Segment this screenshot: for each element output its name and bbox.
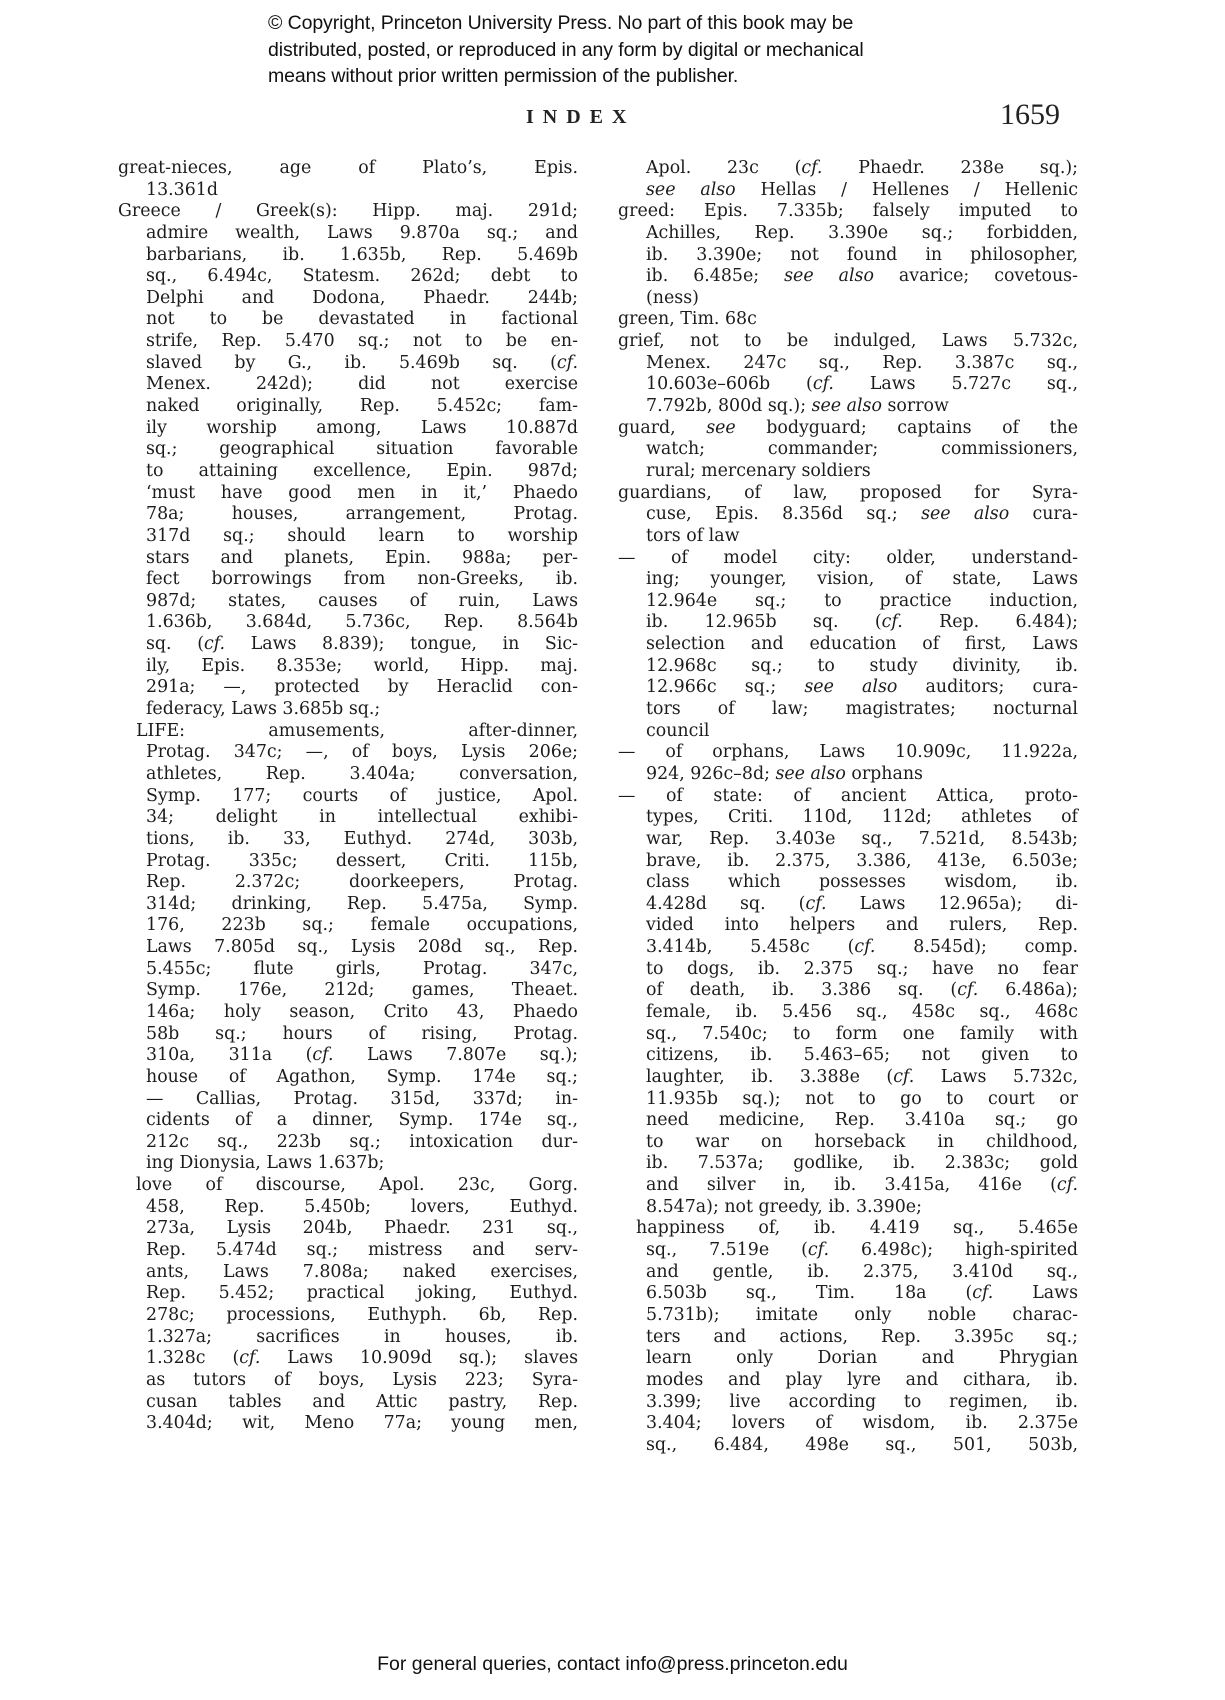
index-entry-line: to war on horseback in childhood, — [618, 1132, 1078, 1154]
index-entry-line: 212c sq., 223b sq.; intoxication dur- — [118, 1132, 578, 1154]
index-column-left: great-nieces, age of Plato’s, Epis.13.36… — [118, 158, 578, 1435]
index-entry-line: brave, ib. 2.375, 3.386, 413e, 6.503e; — [618, 851, 1078, 873]
index-entry-line: war, Rep. 3.403e sq., 7.521d, 8.543b; — [618, 829, 1078, 851]
index-entry-line: tors of law; magistrates; nocturnal — [618, 699, 1078, 721]
index-entry-line: 146a; holy season, Crito 43, Phaedo — [118, 1002, 578, 1024]
index-entry-line: slaved by G., ib. 5.469b sq. (cf. — [118, 353, 578, 375]
index-entry-line: ants, Laws 7.808a; naked exercises, — [118, 1262, 578, 1284]
index-entry-line: admire wealth, Laws 9.870a sq.; and — [118, 223, 578, 245]
index-entry-heading-line: — of state: of ancient Attica, proto- — [618, 786, 1078, 808]
index-entry-line: cusan tables and Attic pastry, Rep. — [118, 1392, 578, 1414]
index-entry-line: 12.968c sq.; to study divinity, ib. — [618, 656, 1078, 678]
copyright-line: means without prior written permission o… — [268, 63, 988, 90]
index-entry-line: ib. 7.537a; godlike, ib. 2.383c; gold — [618, 1153, 1078, 1175]
index-entry-line: 12.964e sq.; to practice induction, — [618, 591, 1078, 613]
index-entry-line: 273a, Lysis 204b, Phaedr. 231 sq., — [118, 1218, 578, 1240]
index-entry-line: citizens, ib. 5.463–65; not given to — [618, 1045, 1078, 1067]
index-entry-line: class which possesses wisdom, ib. — [618, 872, 1078, 894]
index-entry-line: tors of law — [618, 526, 1078, 548]
index-entry-line: female, ib. 5.456 sq., 458c sq., 468c — [618, 1002, 1078, 1024]
index-entry-line: ib. 12.965b sq. (cf. Rep. 6.484); — [618, 612, 1078, 634]
index-entry-line: ters and actions, Rep. 3.395c sq.; — [618, 1327, 1078, 1349]
index-entry-line: 924, 926c–8d; see also orphans — [618, 764, 1078, 786]
index-entry-line: sq., 7.519e (cf. 6.498c); high-spirited — [618, 1240, 1078, 1262]
copyright-line: distributed, posted, or reproduced in an… — [268, 37, 988, 64]
index-entry-line: sq., 6.494c, Statesm. 262d; debt to — [118, 266, 578, 288]
index-entry-line: sq.; geographical situation favorable — [118, 439, 578, 461]
footer-contact: For general queries, contact info@press.… — [0, 1653, 1225, 1676]
index-entry-heading-line: grief, not to be indulged, Laws 5.732c, — [618, 331, 1078, 353]
index-entry-line: 5.455c; flute girls, Protag. 347c, — [118, 959, 578, 981]
index-entry-line: 176, 223b sq.; female occupations, — [118, 915, 578, 937]
index-entry-line: love of discourse, Apol. 23c, Gorg. — [118, 1175, 578, 1197]
index-entry-line: — Callias, Protag. 315d, 337d; in- — [118, 1089, 578, 1111]
index-entry-line: of death, ib. 3.386 sq. (cf. 6.486a); — [618, 980, 1078, 1002]
index-entry-line: 1.328c (cf. Laws 10.909d sq.); slaves — [118, 1348, 578, 1370]
index-entry-line: learn only Dorian and Phrygian — [618, 1348, 1078, 1370]
index-entry-line: ily, Epis. 8.353e; world, Hipp. maj. — [118, 656, 578, 678]
index-entry-line: 310a, 311a (cf. Laws 7.807e sq.); — [118, 1045, 578, 1067]
index-entry-line: as tutors of boys, Lysis 223; Syra- — [118, 1370, 578, 1392]
index-entry-line: 6.503b sq., Tim. 18a (cf. Laws — [618, 1283, 1078, 1305]
index-entry-line: Achilles, Rep. 3.390e sq.; forbidden, — [618, 223, 1078, 245]
index-entry-line: not to be devastated in factional — [118, 309, 578, 331]
index-entry-line: Symp. 176e, 212d; games, Theaet. — [118, 980, 578, 1002]
index-entry-line: ily worship among, Laws 10.887d — [118, 418, 578, 440]
index-entry-line: sq., 6.484, 498e sq., 501, 503b, — [618, 1435, 1078, 1457]
index-entry-line: ib. 6.485e; see also avarice; covetous- — [618, 266, 1078, 288]
index-entry-line: see also Hellas / Hellenes / Hellenic — [618, 180, 1078, 202]
index-entry-line: and silver in, ib. 3.415a, 416e (cf. — [618, 1175, 1078, 1197]
index-entry-line: 987d; states, causes of ruin, Laws — [118, 591, 578, 613]
index-entry-line: Protag. 335c; dessert, Criti. 115b, — [118, 851, 578, 873]
index-entry-heading-line: guardians, of law, proposed for Syra- — [618, 483, 1078, 505]
index-entry-heading-line: greed: Epis. 7.335b; falsely imputed to — [618, 201, 1078, 223]
index-entry-line: Rep. 5.452; practical joking, Euthyd. — [118, 1283, 578, 1305]
index-entry-heading-line: great-nieces, age of Plato’s, Epis. — [118, 158, 578, 180]
index-entry-line: Menex. 242d); did not exercise — [118, 374, 578, 396]
index-entry-heading-line: — of model city: older, understand- — [618, 548, 1078, 570]
index-entry-line: selection and education of first, Laws — [618, 634, 1078, 656]
index-entry-line: Rep. 2.372c; doorkeepers, Protag. — [118, 872, 578, 894]
index-entry-line: to attaining excellence, Epin. 987d; — [118, 461, 578, 483]
index-entry-line: federacy, Laws 3.685b sq.; — [118, 699, 578, 721]
index-entry-line: 3.404d; wit, Meno 77a; young men, — [118, 1413, 578, 1435]
index-entry-line: Apol. 23c (cf. Phaedr. 238e sq.); — [618, 158, 1078, 180]
index-entry-line: sq., 7.540c; to form one family with — [618, 1024, 1078, 1046]
index-entry-line: naked originally, Rep. 5.452c; fam- — [118, 396, 578, 418]
index-entry-line: types, Criti. 110d, 112d; athletes of — [618, 807, 1078, 829]
index-entry-line: and gentle, ib. 2.375, 3.410d sq., — [618, 1262, 1078, 1284]
index-entry-line: Delphi and Dodona, Phaedr. 244b; — [118, 288, 578, 310]
index-entry-line: house of Agathon, Symp. 174e sq.; — [118, 1067, 578, 1089]
index-entry-line: 10.603e–606b (cf. Laws 5.727c sq., — [618, 374, 1078, 396]
index-entry-line: fect borrowings from non-Greeks, ib. — [118, 569, 578, 591]
index-entry-line: LIFE: amusements, after-dinner, — [118, 721, 578, 743]
index-entry-line: 12.966c sq.; see also auditors; cura- — [618, 677, 1078, 699]
index-entry-line: 458, Rep. 5.450b; lovers, Euthyd. — [118, 1197, 578, 1219]
index-entry-line: tions, ib. 33, Euthyd. 274d, 303b, — [118, 829, 578, 851]
index-entry-line: 3.404; lovers of wisdom, ib. 2.375e — [618, 1413, 1078, 1435]
index-entry-line: Menex. 247c sq., Rep. 3.387c sq., — [618, 353, 1078, 375]
index-entry-line: 11.935b sq.); not to go to court or — [618, 1089, 1078, 1111]
index-entry-line: 3.399; live according to regimen, ib. — [618, 1392, 1078, 1414]
index-entry-line: ing; younger, vision, of state, Laws — [618, 569, 1078, 591]
index-entry-line: rural; mercenary soldiers — [618, 461, 1078, 483]
index-entry-heading-line: green, Tim. 68c — [618, 309, 1078, 331]
index-entry-line: 58b sq.; hours of rising, Protag. — [118, 1024, 578, 1046]
running-head: INDEX — [526, 106, 635, 129]
copyright-notice: © Copyright, Princeton University Press.… — [268, 10, 988, 90]
index-entry-line: barbarians, ib. 1.635b, Rep. 5.469b — [118, 245, 578, 267]
index-entry-line: (ness) — [618, 288, 1078, 310]
index-entry-line: 78a; houses, arrangement, Protag. — [118, 504, 578, 526]
index-entry-line: cuse, Epis. 8.356d sq.; see also cura- — [618, 504, 1078, 526]
index-entry-line: 5.731b); imitate only noble charac- — [618, 1305, 1078, 1327]
index-entry-line: Protag. 347c; —, of boys, Lysis 206e; — [118, 742, 578, 764]
index-entry-line: Rep. 5.474d sq.; mistress and serv- — [118, 1240, 578, 1262]
index-entry-line: 8.547a); not greedy, ib. 3.390e; — [618, 1197, 1078, 1219]
index-entry-line: happiness of, ib. 4.419 sq., 5.465e — [618, 1218, 1078, 1240]
index-entry-line: 7.792b, 800d sq.); see also sorrow — [618, 396, 1078, 418]
index-entry-line: stars and planets, Epin. 988a; per- — [118, 548, 578, 570]
index-entry-line: to dogs, ib. 2.375 sq.; have no fear — [618, 959, 1078, 981]
index-entry-line: sq. (cf. Laws 8.839); tongue, in Sic- — [118, 634, 578, 656]
index-entry-line: 34; delight in intellectual exhibi- — [118, 807, 578, 829]
index-entry-line: council — [618, 721, 1078, 743]
index-entry-line: ing Dionysia, Laws 1.637b; — [118, 1153, 578, 1175]
index-entry-heading-line: guard, see bodyguard; captains of the — [618, 418, 1078, 440]
index-entry-line: 3.414b, 5.458c (cf. 8.545d); comp. — [618, 937, 1078, 959]
copyright-line: © Copyright, Princeton University Press.… — [268, 10, 988, 37]
index-entry-line: 317d sq.; should learn to worship — [118, 526, 578, 548]
index-entry-line: 13.361d — [118, 180, 578, 202]
index-entry-line: 278c; processions, Euthyph. 6b, Rep. — [118, 1305, 578, 1327]
index-entry-line: strife, Rep. 5.470 sq.; not to be en- — [118, 331, 578, 353]
index-entry-line: watch; commander; commissioners, — [618, 439, 1078, 461]
index-entry-line: ib. 3.390e; not found in philosopher, — [618, 245, 1078, 267]
index-entry-line: Symp. 177; courts of justice, Apol. — [118, 786, 578, 808]
index-entry-line: modes and play lyre and cithara, ib. — [618, 1370, 1078, 1392]
index-entry-line: 291a; —, protected by Heraclid con- — [118, 677, 578, 699]
index-entry-line: 314d; drinking, Rep. 5.475a, Symp. — [118, 894, 578, 916]
index-entry-line: Laws 7.805d sq., Lysis 208d sq., Rep. — [118, 937, 578, 959]
index-entry-line: cidents of a dinner, Symp. 174e sq., — [118, 1110, 578, 1132]
index-entry-line: 4.428d sq. (cf. Laws 12.965a); di- — [618, 894, 1078, 916]
index-entry-heading-line: Greece / Greek(s): Hipp. maj. 291d; — [118, 201, 578, 223]
index-column-right: Apol. 23c (cf. Phaedr. 238e sq.);see als… — [618, 158, 1078, 1456]
index-entry-line: 1.327a; sacrifices in houses, ib. — [118, 1327, 578, 1349]
page-number: 1659 — [1000, 98, 1060, 132]
index-entry-line: need medicine, Rep. 3.410a sq.; go — [618, 1110, 1078, 1132]
index-entry-line: ‘must have good men in it,’ Phaedo — [118, 483, 578, 505]
index-entry-line: 1.636b, 3.684d, 5.736c, Rep. 8.564b — [118, 612, 578, 634]
index-entry-line: laughter, ib. 3.388e (cf. Laws 5.732c, — [618, 1067, 1078, 1089]
index-entry-line: athletes, Rep. 3.404a; conversation, — [118, 764, 578, 786]
index-entry-heading-line: — of orphans, Laws 10.909c, 11.922a, — [618, 742, 1078, 764]
index-entry-line: vided into helpers and rulers, Rep. — [618, 915, 1078, 937]
